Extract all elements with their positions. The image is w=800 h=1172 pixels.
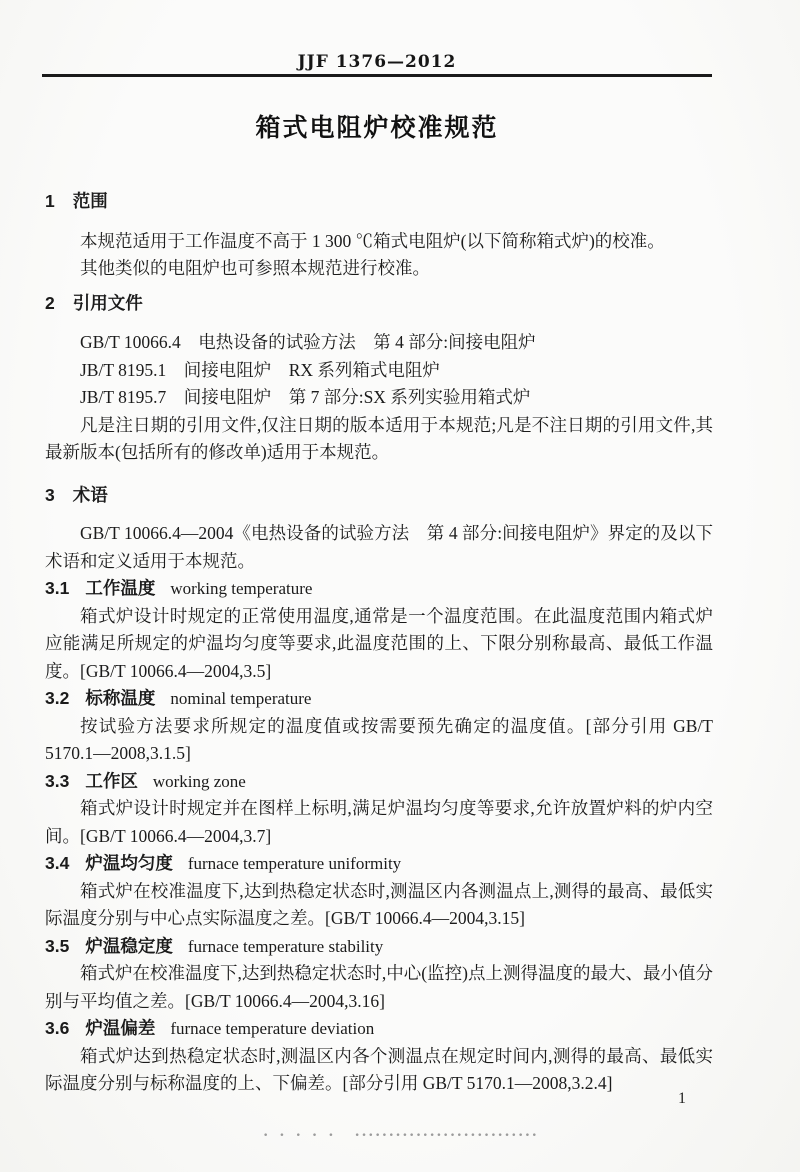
term-name-zh: 炉温偏差 bbox=[85, 1018, 155, 1038]
scope-paragraph: 本规范适用于工作温度不高于 1 300 ℃箱式电阻炉(以下简称箱式炉)的校准。 bbox=[45, 228, 713, 256]
section-label: 引用文件 bbox=[73, 293, 143, 313]
term-name-en: furnace temperature stability bbox=[188, 937, 383, 956]
term-name-en: working temperature bbox=[170, 579, 312, 598]
footer-dots-sparse: ••••• bbox=[263, 1131, 345, 1141]
term-name-zh: 标称温度 bbox=[85, 688, 155, 708]
section-label: 范围 bbox=[73, 191, 108, 211]
section-heading-terms: 3术语 bbox=[45, 482, 713, 510]
reference-item: JB/T 8195.1 间接电阻炉 RX 系列箱式电阻炉 bbox=[45, 357, 713, 385]
page-number: 1 bbox=[678, 1090, 686, 1108]
scope-paragraph: 其他类似的电阻炉也可参照本规范进行校准。 bbox=[45, 255, 713, 283]
section-label: 术语 bbox=[73, 485, 108, 505]
term-heading: 3.3工作区working zone bbox=[45, 768, 713, 796]
term-definition: 箱式炉在校准温度下,达到热稳定状态时,测温区内各测温点上,测得的最高、最低实际温… bbox=[45, 878, 713, 933]
term-name-zh: 炉温均匀度 bbox=[85, 853, 173, 873]
footer-dots-dense: ••••••••••••••••••••••••••• bbox=[355, 1131, 539, 1141]
term-number: 3.5 bbox=[45, 933, 69, 961]
term-name-en: furnace temperature deviation bbox=[170, 1019, 374, 1038]
header-rule bbox=[42, 74, 712, 77]
reference-item: GB/T 10066.4 电热设备的试验方法 第 4 部分:间接电阻炉 bbox=[45, 329, 713, 357]
section-heading-references: 2引用文件 bbox=[45, 290, 713, 318]
term-definition: 箱式炉设计时规定的正常使用温度,通常是一个温度范围。在此温度范围内箱式炉应能满足… bbox=[45, 603, 713, 686]
term-name-en: furnace temperature uniformity bbox=[188, 854, 401, 873]
term-heading: 3.2标称温度nominal temperature bbox=[45, 685, 713, 713]
term-heading: 3.4炉温均匀度furnace temperature uniformity bbox=[45, 850, 713, 878]
term-definition: 箱式炉设计时规定并在图样上标明,满足炉温均匀度等要求,允许放置炉料的炉内空间。[… bbox=[45, 795, 713, 850]
term-heading: 3.1工作温度working temperature bbox=[45, 575, 713, 603]
term-name-en: nominal temperature bbox=[170, 689, 311, 708]
term-number: 3.3 bbox=[45, 768, 69, 796]
term-heading: 3.5炉温稳定度furnace temperature stability bbox=[45, 933, 713, 961]
term-name-zh: 工作温度 bbox=[85, 578, 155, 598]
term-number: 3.2 bbox=[45, 685, 69, 713]
term-number: 3.6 bbox=[45, 1015, 69, 1043]
document-body: 1范围 本规范适用于工作温度不高于 1 300 ℃箱式电阻炉(以下简称箱式炉)的… bbox=[45, 180, 713, 1098]
page-title: 箱式电阻炉校准规范 bbox=[42, 108, 712, 144]
references-note: 凡是注日期的引用文件,仅注日期的版本适用于本规范;凡是不注日期的引用文件,其最新… bbox=[45, 412, 713, 467]
section-number: 3 bbox=[45, 482, 55, 510]
reference-item: JB/T 8195.7 间接电阻炉 第 7 部分:SX 系列实验用箱式炉 bbox=[45, 384, 713, 412]
term-name-zh: 工作区 bbox=[85, 771, 138, 791]
term-name-en: working zone bbox=[153, 772, 246, 791]
term-number: 3.1 bbox=[45, 575, 69, 603]
term-definition: 按试验方法要求所规定的温度值或按需要预先确定的温度值。[部分引用 GB/T 51… bbox=[45, 713, 713, 768]
term-number: 3.4 bbox=[45, 850, 69, 878]
term-definition: 箱式炉达到热稳定状态时,测温区内各个测温点在规定时间内,测得的最高、最低实际温度… bbox=[45, 1043, 713, 1098]
document-page: JJF 1376—2012 箱式电阻炉校准规范 1范围 本规范适用于工作温度不高… bbox=[0, 0, 800, 1172]
term-definition: 箱式炉在校准温度下,达到热稳定状态时,中心(监控)点上测得温度的最大、最小值分别… bbox=[45, 960, 713, 1015]
term-heading: 3.6炉温偏差furnace temperature deviation bbox=[45, 1015, 713, 1043]
terms-intro: GB/T 10066.4—2004《电热设备的试验方法 第 4 部分:间接电阻炉… bbox=[45, 520, 713, 575]
section-heading-scope: 1范围 bbox=[45, 180, 713, 216]
doc-code: JJF 1376—2012 bbox=[42, 52, 712, 72]
section-number: 2 bbox=[45, 290, 55, 318]
section-number: 1 bbox=[45, 188, 55, 216]
footer-dotted-line: ••••• ••••••••••••••••••••••••••• bbox=[263, 1131, 538, 1141]
term-name-zh: 炉温稳定度 bbox=[85, 936, 173, 956]
